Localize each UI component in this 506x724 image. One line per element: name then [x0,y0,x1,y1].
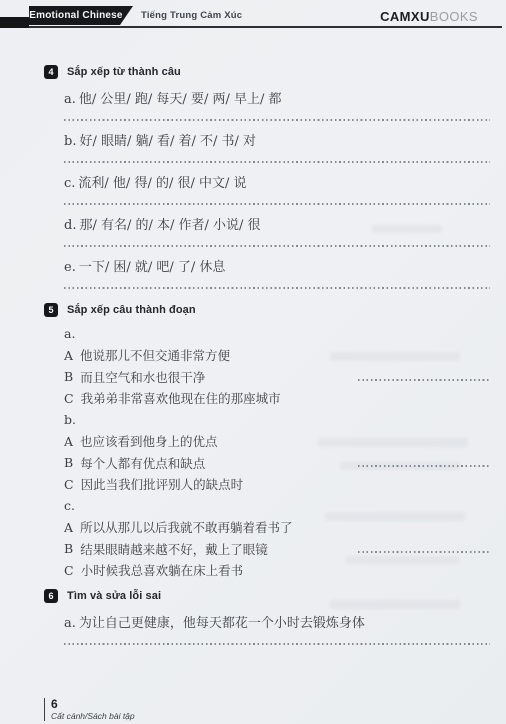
item-label: a. [64,92,76,107]
page-header: Emotional Chinese Tiếng Trung Cảm Xúc CA… [0,0,506,48]
answer-dotted-line-short [358,379,490,381]
exercise5-c-line-C: C小时候我总喜欢躺在床上看书 [64,560,506,582]
exercise5-number-badge: 5 [44,303,58,317]
group-label: c. [64,498,75,513]
exercise5-title: Sắp xếp câu thành đoạn [67,304,196,316]
item-label: a. [64,616,76,631]
answer-dotted-line-short [358,465,490,467]
exercise4-heading: 4 Sắp xếp từ thành câu [44,65,506,79]
exercise5-heading: 5 Sắp xếp câu thành đoạn [44,303,506,317]
exercise5-a-line-C: C我弟弟非常喜欢他现在住的那座城市 [64,388,506,410]
group-label: a. [64,326,75,341]
item-label: b. [64,134,76,149]
publisher-logo-light: BOOKS [430,9,478,24]
series-ribbon: Emotional Chinese [29,6,133,25]
exercise6-item-a: a.为让自己更健康，他每天都花一个小时去锻炼身体 [64,614,506,633]
exercise5-c-line-B: B结果眼睛越来越不好，戴上了眼镜 [64,538,506,560]
exercise4-item-e: e.一下/ 困/ 就/ 吧/ 了/ 休息 [64,258,506,277]
item-text: 流利/ 他/ 得/ 的/ 很/ 中文/ 说 [78,176,246,191]
exercise5-a-line-B: B而且空气和水也很干净 [64,366,506,388]
exercise4-item-c: c.流利/ 他/ 得/ 的/ 很/ 中文/ 说 [64,174,506,193]
sentence-text: 也应该看到他身上的优点 [80,432,218,450]
sentence-letter: C [64,391,74,406]
series-subtitle: Tiếng Trung Cảm Xúc [141,10,242,21]
header-rule [29,26,502,28]
sentence-text: 小时候我总喜欢躺在床上看书 [81,561,244,579]
sentence-text: 因此当我们批评别人的缺点时 [81,475,244,493]
sentence-letter: A [64,434,73,449]
exercise4-number-badge: 4 [44,65,58,79]
series-title: Emotional Chinese [29,10,132,21]
page-number: 6 [51,698,135,711]
exercise6-number-badge: 6 [44,589,58,603]
answer-dotted-line [64,245,490,247]
sentence-letter: A [64,520,73,535]
sentence-text: 而且空气和水也很干净 [80,368,205,386]
exercise4-title: Sắp xếp từ thành câu [67,66,181,78]
item-text: 为让自己更健康，他每天都花一个小时去锻炼身体 [79,616,365,631]
sentence-letter: B [64,369,73,384]
sentence-text: 我弟弟非常喜欢他现在住的那座城市 [81,389,281,407]
exercise5-a-line-A: A他说那儿不但交通非常方便 [64,345,506,367]
sentence-letter: B [64,455,73,470]
left-edge-black-bar [0,17,29,28]
exercise5-b-line-B: B每个人都有优点和缺点 [64,452,506,474]
page-footer: 6 Cất cánh/Sách bài tập [44,698,135,721]
item-label: d. [64,218,76,233]
answer-dotted-line [64,643,490,645]
sentence-letter: B [64,541,73,556]
sentence-text: 他说那儿不但交通非常方便 [80,346,230,364]
exercise5-b-line-C: C因此当我们批评别人的缺点时 [64,474,506,496]
publisher-logo: CAMXUBOOKS [380,9,478,24]
exercise4-item-d: d.那/ 有名/ 的/ 本/ 作者/ 小说/ 很 [64,216,506,235]
sentence-text: 每个人都有优点和缺点 [80,454,205,472]
sentence-letter: C [64,477,74,492]
item-text: 一下/ 困/ 就/ 吧/ 了/ 休息 [79,260,226,275]
sentence-letter: C [64,563,74,578]
item-text: 好/ 眼睛/ 躺/ 看/ 着/ 不/ 书/ 对 [79,134,256,149]
exercise6-title: Tìm và sửa lỗi sai [67,590,161,602]
item-text: 那/ 有名/ 的/ 本/ 作者/ 小说/ 很 [79,218,260,233]
exercise6-heading: 6 Tìm và sửa lỗi sai [44,589,506,603]
exercise5-group-b-label: b. [64,409,506,431]
item-label: e. [64,260,76,275]
sentence-text: 结果眼睛越来越不好，戴上了眼镜 [80,540,268,558]
exercise4-item-b: b.好/ 眼睛/ 躺/ 看/ 着/ 不/ 书/ 对 [64,132,506,151]
exercise5-c-line-A: A所以从那儿以后我就不敢再躺着看书了 [64,517,506,539]
answer-dotted-line-short [358,551,490,553]
answer-dotted-line [64,161,490,163]
item-text: 他/ 公里/ 跑/ 每天/ 要/ 两/ 早上/ 都 [79,92,282,107]
sentence-letter: A [64,348,73,363]
exercise5-b-line-A: A也应该看到他身上的优点 [64,431,506,453]
exercise5-group-a-label: a. [64,323,506,345]
answer-dotted-line [64,203,490,205]
group-label: b. [64,412,76,427]
answer-dotted-line [64,119,490,121]
publisher-logo-bold: CAMXU [380,9,430,24]
book-title: Cất cánh/Sách bài tập [51,711,135,721]
sentence-text: 所以从那儿以后我就不敢再躺着看书了 [80,518,293,536]
exercise4-item-a: a.他/ 公里/ 跑/ 每天/ 要/ 两/ 早上/ 都 [64,90,506,109]
page-content: 4 Sắp xếp từ thành câu a.他/ 公里/ 跑/ 每天/ 要… [0,48,506,648]
answer-dotted-line [64,287,490,289]
item-label: c. [64,176,75,191]
exercise5-group-c-label: c. [64,495,506,517]
